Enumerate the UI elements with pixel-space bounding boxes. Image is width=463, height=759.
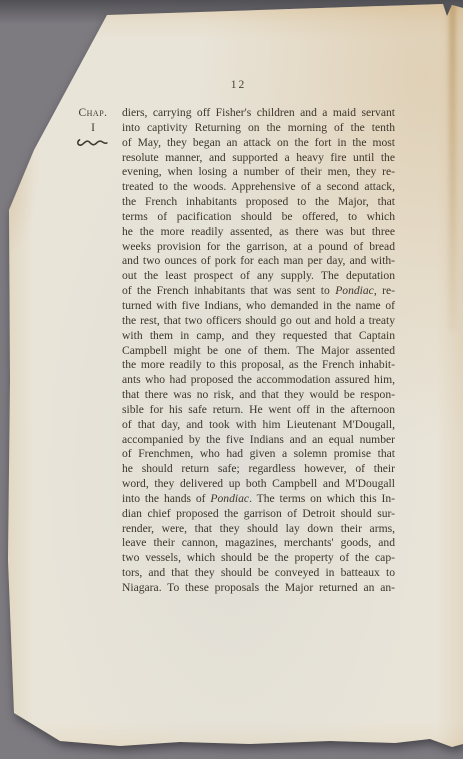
body-line: of Frenchmen, who had given a solemn pro…	[122, 447, 395, 462]
paper-stain-right	[449, 0, 456, 330]
body-line: into the hands of Pondiac. The terms on …	[122, 492, 395, 507]
body-line: dian chief proposed the garrison of Detr…	[122, 507, 395, 522]
body-line: accompanied by the five Indians and an e…	[122, 433, 395, 448]
body-line: the more readily to this proposal, as th…	[122, 358, 395, 373]
body-line: Niagara. To these proposals the Major re…	[122, 581, 395, 596]
page-content: Chap. I diers, carrying off Fisher's chi…	[73, 106, 395, 596]
body-line: word, they delivered up both Campbell an…	[122, 477, 395, 492]
page-number: 12	[7, 79, 463, 91]
body-line: ants who had proposed the accommodation …	[122, 373, 395, 388]
body-line: he should return safe; regardless howeve…	[122, 462, 395, 477]
body-line: of the French inhabitants that was sent …	[122, 284, 395, 299]
body-line: diers, carrying off Fisher's children an…	[122, 106, 395, 121]
body-line: of May, they began an attack on the fort…	[122, 136, 395, 151]
body-line: he the more readily assented, as there w…	[122, 225, 395, 240]
chapter-heading: Chap. I	[73, 106, 113, 152]
body-line: that there was no risk, and that they wo…	[122, 388, 395, 403]
body-line: evening, when losing a number of their m…	[122, 165, 395, 180]
chapter-label: Chap.	[73, 106, 113, 121]
body-line: the rest, that two officers should go ou…	[122, 314, 395, 329]
body-line: into captivity Returning on the morning …	[122, 121, 395, 136]
body-line: turned with five Indians, who demanded i…	[122, 299, 395, 314]
body-line: leave their cannon, magazines, merchants…	[122, 536, 395, 551]
book-page: 12 Chap. I diers, carrying off Fisher's …	[0, 0, 463, 759]
body-line: sible for his safe return. He went off i…	[122, 403, 395, 418]
body-line: Campbell might be one of them. The Major…	[122, 344, 395, 359]
chapter-numeral: I	[73, 121, 113, 136]
body-line: out the least prospect of any supply. Th…	[122, 269, 395, 284]
body-line: and two ounces of pork for each man per …	[122, 254, 395, 269]
body-line: render, were, that they should lay down …	[122, 522, 395, 537]
body-line: terms of pacification should be offered,…	[122, 210, 395, 225]
page-shadow-wrap: 12 Chap. I diers, carrying off Fisher's …	[0, 0, 463, 759]
body-line: resolute manner, and supported a heavy f…	[122, 151, 395, 166]
body-line: treated to the woods. Apprehensive of a …	[122, 180, 395, 195]
body-line: two vessels, which should be the propert…	[122, 551, 395, 566]
body-text: diers, carrying off Fisher's children an…	[122, 106, 395, 596]
body-line: the French inhabitants proposed to the M…	[122, 195, 395, 210]
body-line: weeks provision for the garrison, at a p…	[122, 240, 395, 255]
paper-stain-left	[0, 120, 40, 260]
body-line: with them in camp, and they requested th…	[122, 329, 395, 344]
body-line: of that day, and took with him Lieutenan…	[122, 418, 395, 433]
body-line: tors, and that they should be conveyed i…	[122, 566, 395, 581]
wavy-flourish-icon	[73, 137, 113, 152]
scan-background: 12 Chap. I diers, carrying off Fisher's …	[0, 0, 463, 759]
